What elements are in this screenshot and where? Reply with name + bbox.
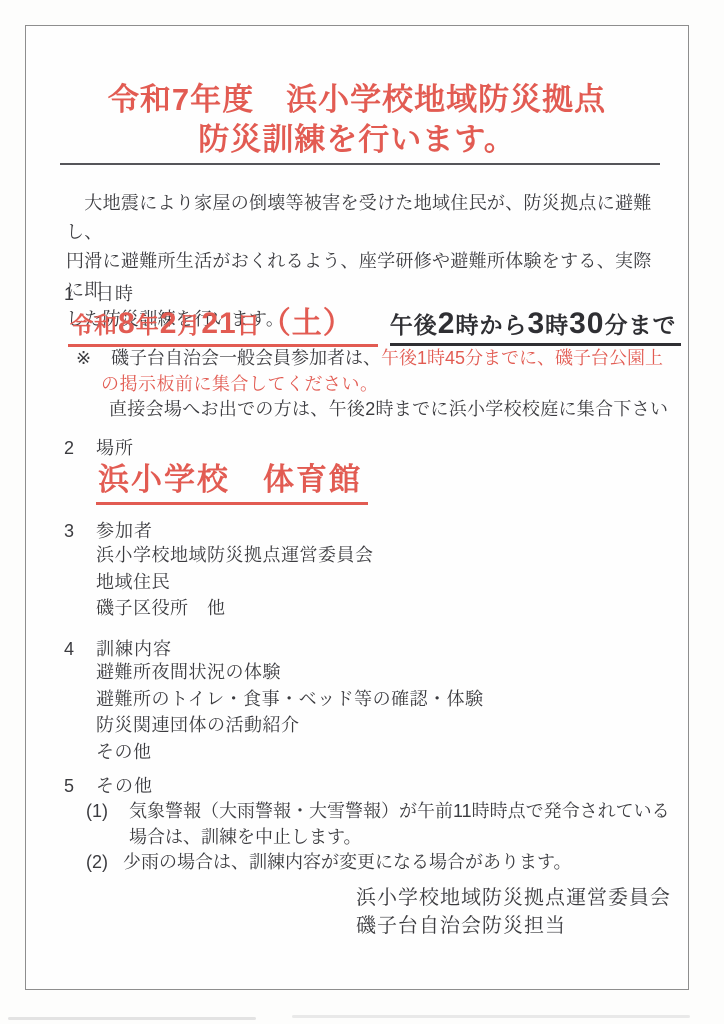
section-3-heading: 3参加者 (64, 517, 153, 543)
event-date: 令和8年2月21日（土） (68, 298, 378, 347)
section-3-label: 参加者 (96, 521, 153, 541)
item-2-marker: (2) (86, 852, 123, 873)
assembly-note-line-2: の掲示板前に集合してください。 (101, 370, 379, 396)
participants-list: 浜小学校地域防災拠点運営委員会 地域住民 磯子区役所 他 (96, 542, 374, 622)
signature-organization: 浜小学校地域防災拠点運営委員会 (356, 884, 671, 912)
section-5-label: その他 (96, 776, 153, 796)
other-item-1-line-1: (1)気象警報（大雨警報・大雪警報）が午前11時時点で発令されている (86, 797, 670, 823)
assembly-note-line-1: ※磯子台自治会一般会員参加者は、午後1時45分までに、磯子台公園上 (76, 344, 663, 370)
other-item-1-line-2: 場合は、訓練を中止します。 (129, 823, 362, 849)
intro-line: 大地震により家屋の倒壊等被害を受けた地域住民が、防災拠点に避難し、 (66, 189, 666, 247)
asterisk-marker: ※ (76, 348, 111, 369)
venue-name: 浜小学校 体育館 (96, 454, 368, 505)
section-4-label: 訓練内容 (96, 639, 172, 659)
event-time: 午後2時から3時30分まで (390, 307, 681, 346)
participant-item: 磯子区役所 他 (96, 595, 374, 622)
document-title: 令和7年度 浜小学校地域防災拠点 防災訓練を行います。 (26, 80, 688, 160)
assembly-note-red: 午後1時45分までに、磯子台公園上 (381, 348, 663, 368)
document-title-line-1: 令和7年度 浜小学校地域防災拠点 (26, 80, 688, 120)
scanner-artifact-right (292, 1015, 690, 1018)
participant-item: 浜小学校地域防災拠点運営委員会 (96, 542, 374, 569)
training-item: その他 (96, 739, 484, 766)
training-item: 避難所のトイレ・食事・ベッド等の確認・体験 (96, 686, 484, 713)
other-item-2-text: 少雨の場合は、訓練内容が変更になる場合があります。 (123, 852, 572, 872)
intro-line: 円滑に避難所生活がおくれるよう、座学研修や避難所体験をする、実際に即 (66, 247, 666, 305)
item-1-marker: (1) (86, 801, 129, 822)
section-5-number: 5 (64, 776, 96, 797)
participant-item: 地域住民 (96, 569, 374, 596)
section-2-number: 2 (64, 438, 96, 459)
document-page: 令和7年度 浜小学校地域防災拠点 防災訓練を行います。 大地震により家屋の倒壊等… (25, 25, 689, 990)
section-4-heading: 4訓練内容 (64, 635, 172, 661)
training-item: 避難所夜間状況の体験 (96, 659, 484, 686)
signature-department: 磯子台自治会防災担当 (356, 912, 671, 940)
scanner-artifact-left (8, 1017, 256, 1020)
signature-block: 浜小学校地域防災拠点運営委員会 磯子台自治会防災担当 (356, 884, 671, 940)
document-title-line-2: 防災訓練を行います。 (26, 120, 688, 160)
section-4-number: 4 (64, 639, 96, 660)
section-5-heading: 5その他 (64, 772, 153, 798)
assembly-note-black: 磯子台自治会一般会員参加者は、 (111, 348, 381, 368)
assembly-note-line-3: 直接会場へお出での方は、午後2時までに浜小学校校庭に集合下さい (109, 395, 668, 421)
other-item-1-text: 気象警報（大雨警報・大雪警報）が午前11時時点で発令されている (129, 801, 670, 821)
training-contents-list: 避難所夜間状況の体験 避難所のトイレ・食事・ベッド等の確認・体験 防災関連団体の… (96, 659, 484, 765)
event-date-time-line: 令和8年2月21日（土）午後2時から3時30分まで (68, 298, 681, 347)
title-divider-rule (60, 163, 660, 165)
section-3-number: 3 (64, 521, 96, 542)
other-item-2: (2)少雨の場合は、訓練内容が変更になる場合があります。 (86, 848, 572, 874)
training-item: 防災関連団体の活動紹介 (96, 712, 484, 739)
scanned-flyer: 令和7年度 浜小学校地域防災拠点 防災訓練を行います。 大地震により家屋の倒壊等… (0, 0, 724, 1024)
